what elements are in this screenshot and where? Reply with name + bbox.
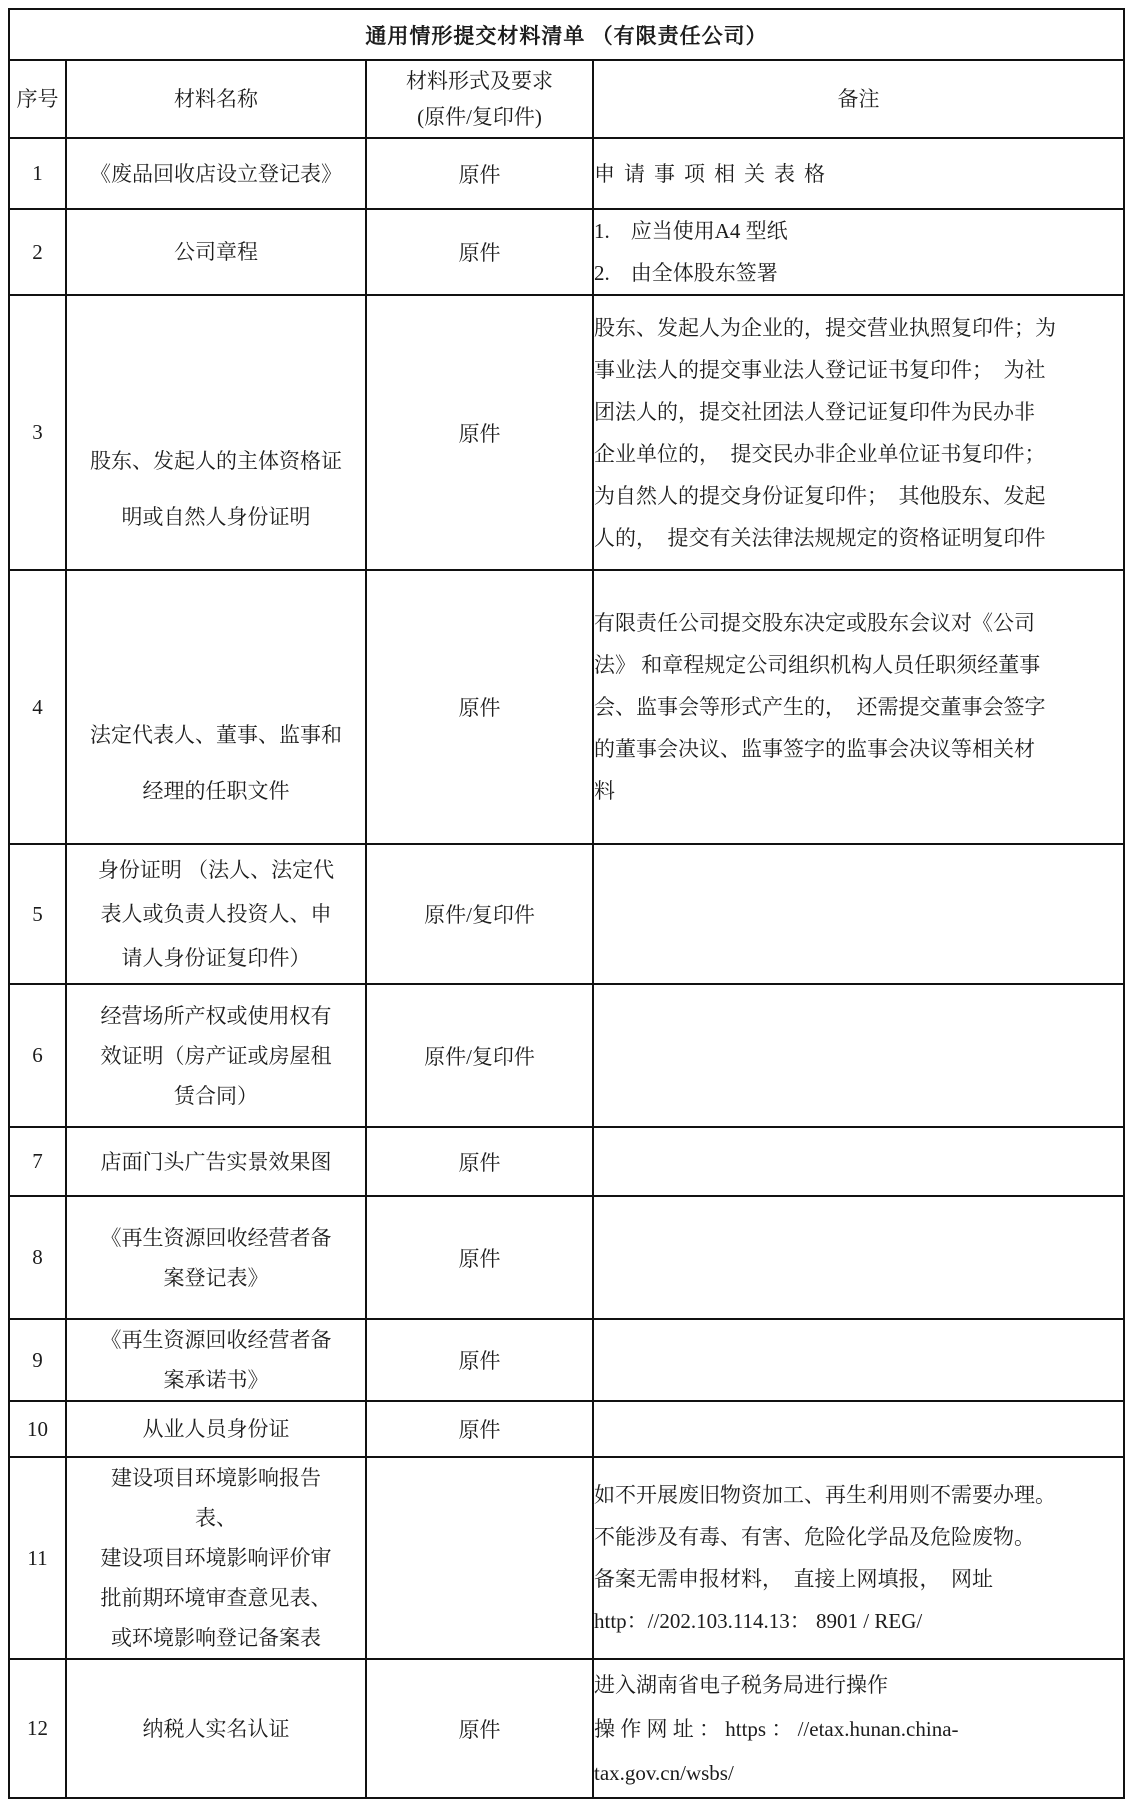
cell-no: 11 [9,1457,66,1659]
materials-table: 通用情形提交材料清单 （有限责任公司） 序号 材料名称 材料形式及要求 (原件/… [8,8,1125,1799]
table-row: 6 经营场所产权或使用权有 效证明（房产证或房屋租 赁合同） 原件/复印件 [9,984,1124,1127]
header-row: 序号 材料名称 材料形式及要求 (原件/复印件) 备注 [9,60,1124,138]
cell-name: 股东、发起人的主体资格证 明或自然人身份证明 [66,295,366,570]
cell-remark: 有限责任公司提交股东决定或股东会议对《公司 法》 和章程规定公司组织机构人员任职… [593,570,1124,844]
cell-form: 原件 [366,1127,593,1196]
table-row: 11 建设项目环境影响报告 表、 建设项目环境影响评价审 批前期环境审查意见表、… [9,1457,1124,1659]
header-no: 序号 [9,60,66,138]
cell-remark [593,844,1124,984]
cell-form: 原件/复印件 [366,844,593,984]
cell-no: 4 [9,570,66,844]
cell-form: 原件 [366,295,593,570]
cell-form: 原件 [366,1401,593,1457]
cell-form [366,1457,593,1659]
cell-form: 原件 [366,209,593,295]
cell-name: 店面门头广告实景效果图 [66,1127,366,1196]
cell-no: 7 [9,1127,66,1196]
cell-form: 原件/复印件 [366,984,593,1127]
table-row: 10 从业人员身份证 原件 [9,1401,1124,1457]
cell-no: 5 [9,844,66,984]
cell-no: 9 [9,1319,66,1401]
cell-name: 《废品回收店设立登记表》 [66,138,366,209]
cell-remark [593,1401,1124,1457]
cell-remark [593,1196,1124,1319]
cell-remark: 股东、发起人为企业的，提交营业执照复印件；为 事业法人的提交事业法人登记证书复印… [593,295,1124,570]
table-row: 3 股东、发起人的主体资格证 明或自然人身份证明 原件 股东、发起人为企业的，提… [9,295,1124,570]
header-remark: 备注 [593,60,1124,138]
cell-name: 《再生资源回收经营者备 案登记表》 [66,1196,366,1319]
cell-no: 2 [9,209,66,295]
cell-name: 法定代表人、董事、监事和 经理的任职文件 [66,570,366,844]
cell-form: 原件 [366,138,593,209]
cell-remark [593,1319,1124,1401]
cell-name: 《再生资源回收经营者备 案承诺书》 [66,1319,366,1401]
cell-no: 10 [9,1401,66,1457]
cell-remark: 申请事项相关表格 [593,138,1124,209]
cell-remark: 1. 应当使用A4 型纸 2. 由全体股东签署 [593,209,1124,295]
cell-name: 纳税人实名认证 [66,1659,366,1798]
cell-form: 原件 [366,1196,593,1319]
cell-no: 1 [9,138,66,209]
table-row: 2 公司章程 原件 1. 应当使用A4 型纸 2. 由全体股东签署 [9,209,1124,295]
table-row: 1 《废品回收店设立登记表》 原件 申请事项相关表格 [9,138,1124,209]
cell-form: 原件 [366,1319,593,1401]
header-name: 材料名称 [66,60,366,138]
table-title: 通用情形提交材料清单 （有限责任公司） [9,9,1124,60]
cell-no: 6 [9,984,66,1127]
cell-remark: 如不开展废旧物资加工、再生利用则不需要办理。 不能涉及有毒、有害、危险化学品及危… [593,1457,1124,1659]
cell-name: 建设项目环境影响报告 表、 建设项目环境影响评价审 批前期环境审查意见表、 或环… [66,1457,366,1659]
title-row: 通用情形提交材料清单 （有限责任公司） [9,9,1124,60]
cell-no: 3 [9,295,66,570]
cell-no: 8 [9,1196,66,1319]
table-row: 7 店面门头广告实景效果图 原件 [9,1127,1124,1196]
cell-form: 原件 [366,1659,593,1798]
cell-name: 经营场所产权或使用权有 效证明（房产证或房屋租 赁合同） [66,984,366,1127]
table-row: 9 《再生资源回收经营者备 案承诺书》 原件 [9,1319,1124,1401]
cell-form: 原件 [366,570,593,844]
cell-remark [593,984,1124,1127]
document-page: 通用情形提交材料清单 （有限责任公司） 序号 材料名称 材料形式及要求 (原件/… [0,0,1131,1771]
cell-remark [593,1127,1124,1196]
cell-no: 12 [9,1659,66,1798]
cell-name: 身份证明 （法人、法定代 表人或负责人投资人、申 请人身份证复印件） [66,844,366,984]
cell-name: 公司章程 [66,209,366,295]
header-form: 材料形式及要求 (原件/复印件) [366,60,593,138]
table-row: 5 身份证明 （法人、法定代 表人或负责人投资人、申 请人身份证复印件） 原件/… [9,844,1124,984]
table-row: 4 法定代表人、董事、监事和 经理的任职文件 原件 有限责任公司提交股东决定或股… [9,570,1124,844]
cell-name: 从业人员身份证 [66,1401,366,1457]
table-row: 8 《再生资源回收经营者备 案登记表》 原件 [9,1196,1124,1319]
table-row: 12 纳税人实名认证 原件 进入湖南省电子税务局进行操作 操 作 网 址 ： h… [9,1659,1124,1798]
cell-remark: 进入湖南省电子税务局进行操作 操 作 网 址 ： https ： //etax.… [593,1659,1124,1798]
